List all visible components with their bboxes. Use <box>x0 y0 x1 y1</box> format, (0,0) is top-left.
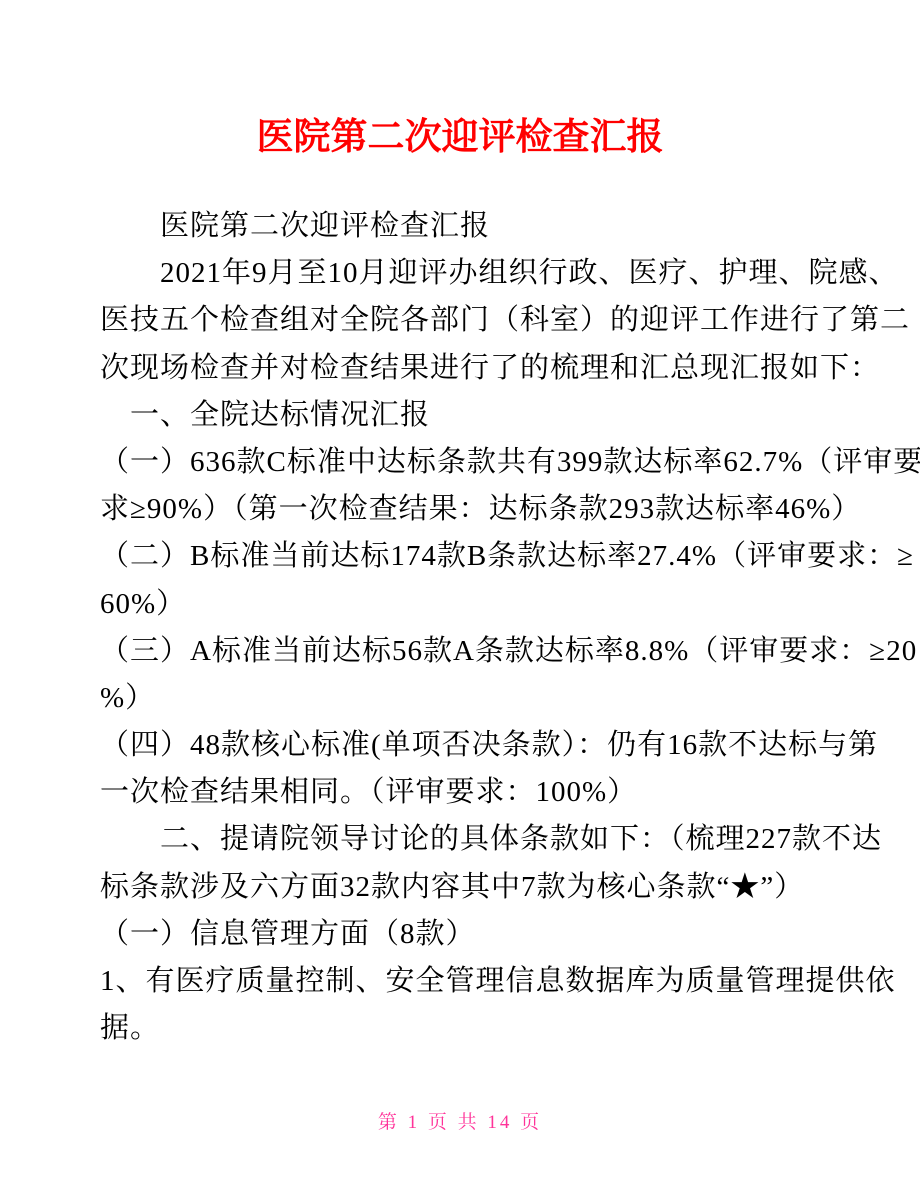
body-text-line: 2021年9月至10月迎评办组织行政、医疗、护理、院感、 <box>100 250 826 297</box>
body-text-line: 据。 <box>100 1005 826 1052</box>
body-text-line: 医院第二次迎评检查汇报 <box>100 203 826 250</box>
body-text-line: 一、全院达标情况汇报 <box>100 392 826 439</box>
document-page: 医院第二次迎评检查汇报 医院第二次迎评检查汇报2021年9月至10月迎评办组织行… <box>0 0 920 1191</box>
body-text-line: （一）636款C标准中达标条款共有399款达标率62.7%（评审要 <box>100 439 826 486</box>
body-text-line: 标条款涉及六方面32款内容其中7款为核心条款“★”） <box>100 864 826 911</box>
body-text-line: （二）B标准当前达标174款B条款达标率27.4%（评审要求：≥ <box>100 533 826 580</box>
body-text-line: 次现场检查并对检查结果进行了的梳理和汇总现汇报如下： <box>100 345 826 392</box>
body-text-line: 1、有医疗质量控制、安全管理信息数据库为质量管理提供依 <box>100 958 826 1005</box>
body-text-line: （四）48款核心标准(单项否决条款）：仍有16款不达标与第 <box>100 722 826 769</box>
body-text-line: （一）信息管理方面（8款） <box>100 911 826 958</box>
body-text-line: 60%） <box>100 581 826 628</box>
body-text-line: 一次检查结果相同。（评审要求：100%） <box>100 769 826 816</box>
document-body: 医院第二次迎评检查汇报2021年9月至10月迎评办组织行政、医疗、护理、院感、医… <box>100 203 826 1052</box>
body-text-line: 二、提请院领导讨论的具体条款如下：（梳理227款不达 <box>100 816 826 863</box>
body-text-line: 求≥90%）（第一次检查结果：达标条款293款达标率46%） <box>100 486 826 533</box>
body-text-line: （三）A标准当前达标56款A条款达标率8.8%（评审要求：≥20 <box>100 628 826 675</box>
page-number-footer: 第 1 页 共 14 页 <box>0 1107 920 1134</box>
body-text-line: %） <box>100 675 826 722</box>
body-text-line: 医技五个检查组对全院各部门（科室）的迎评工作进行了第二 <box>100 297 826 344</box>
document-title: 医院第二次迎评检查汇报 <box>0 106 920 160</box>
